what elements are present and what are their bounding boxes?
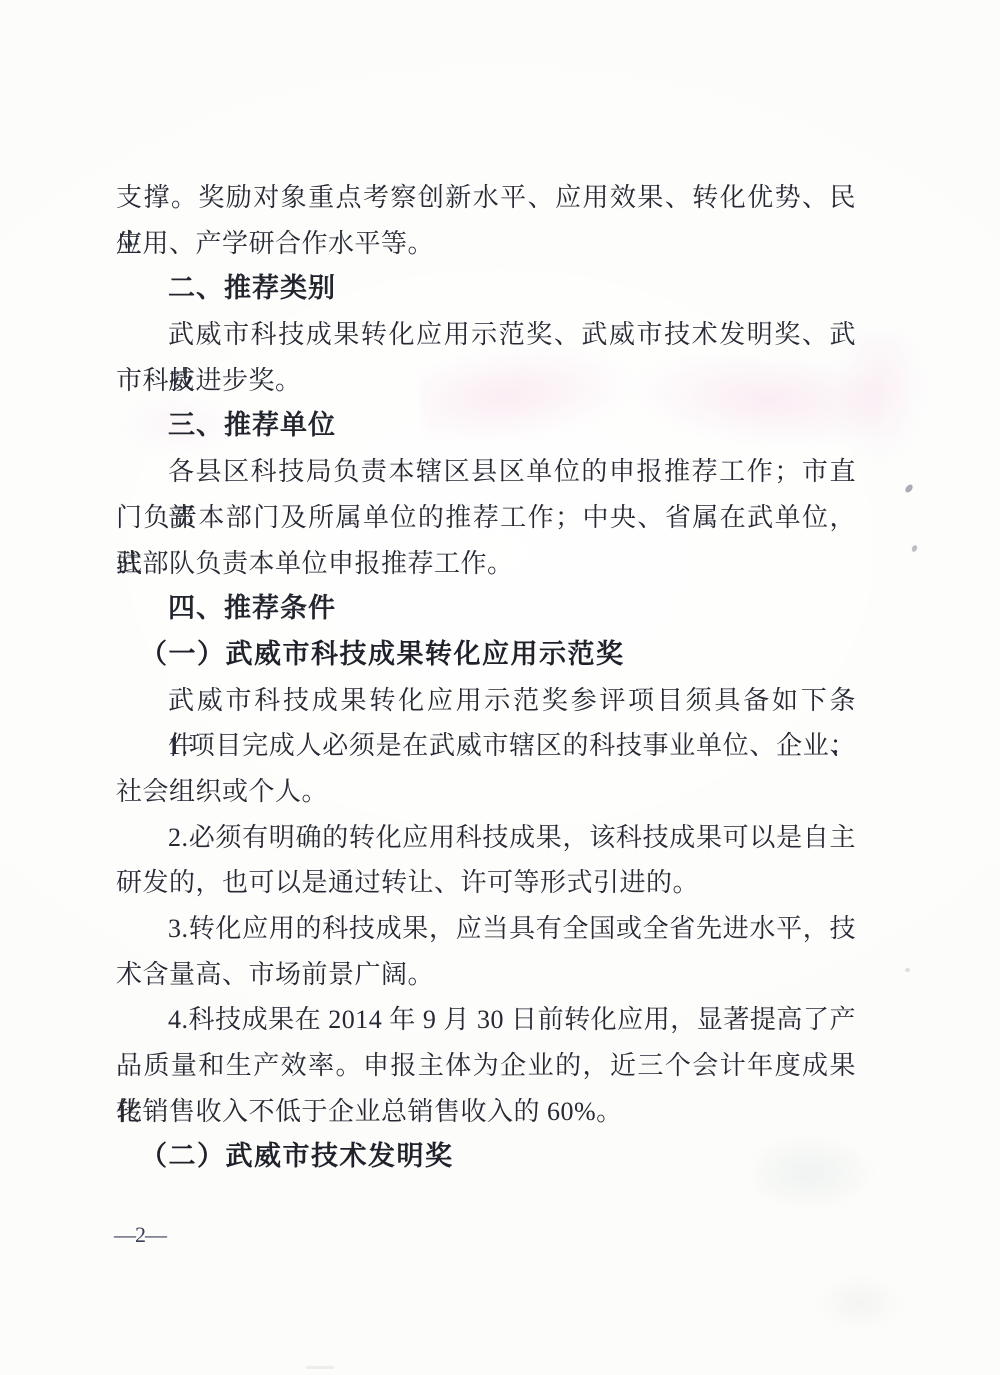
text-line: 应用、产学研合作水平等。 xyxy=(116,221,856,267)
scan-artifact-speck xyxy=(905,968,910,972)
text-line: 3.转化应用的科技成果，应当具有全国或全省先进水平，技 xyxy=(116,906,856,952)
scan-artifact-speck xyxy=(911,544,918,552)
scan-artifact-speck xyxy=(904,483,914,494)
subheading-line: （一）武威市科技成果转化应用示范奖 xyxy=(116,632,856,678)
text-line: 1.项目完成人必须是在武威市辖区的科技事业单位、企业、 xyxy=(116,723,856,769)
text-line: 各县区科技局负责本辖区县区单位的申报推荐工作；市直部 xyxy=(116,449,856,495)
scan-artifact-smudge xyxy=(815,1275,905,1330)
text-line: 武部队负责本单位申报推荐工作。 xyxy=(116,541,856,587)
text-line: 研发的，也可以是通过转让、许可等形式引进的。 xyxy=(116,860,856,906)
subheading-line: （二）武威市技术发明奖 xyxy=(116,1134,856,1180)
text-line: 2.必须有明确的转化应用科技成果，该科技成果可以是自主 xyxy=(116,815,856,861)
text-line: 社会组织或个人。 xyxy=(116,769,856,815)
scan-artifact-speck xyxy=(306,1366,334,1369)
text-line: 门负责本部门及所属单位的推荐工作；中央、省属在武单位，驻 xyxy=(116,495,856,541)
heading-line: 三、推荐单位 xyxy=(116,403,856,449)
text-line: 市科技进步奖。 xyxy=(116,358,856,404)
text-line: 术含量高、市场前景广阔。 xyxy=(116,952,856,998)
text-line: 武威市科技成果转化应用示范奖、武威市技术发明奖、武威 xyxy=(116,312,856,358)
document-page: 支撑。奖励对象重点考察创新水平、应用效果、转化优势、民生应用、产学研合作水平等。… xyxy=(0,0,1000,1375)
document-body: 支撑。奖励对象重点考察创新水平、应用效果、转化优势、民生应用、产学研合作水平等。… xyxy=(116,175,856,1180)
heading-line: 二、推荐类别 xyxy=(116,266,856,312)
text-line: 支撑。奖励对象重点考察创新水平、应用效果、转化优势、民生 xyxy=(116,175,856,221)
page-number: —2— xyxy=(114,1222,166,1248)
text-line: 4.科技成果在 2014 年 9 月 30 日前转化应用，显著提高了产 xyxy=(116,997,856,1043)
text-line: 品质量和生产效率。申报主体为企业的，近三个会计年度成果转 xyxy=(116,1043,856,1089)
text-line: 武威市科技成果转化应用示范奖参评项目须具备如下条件： xyxy=(116,678,856,724)
text-line: 化销售收入不低于企业总销售收入的 60%。 xyxy=(116,1089,856,1135)
heading-line: 四、推荐条件 xyxy=(116,586,856,632)
